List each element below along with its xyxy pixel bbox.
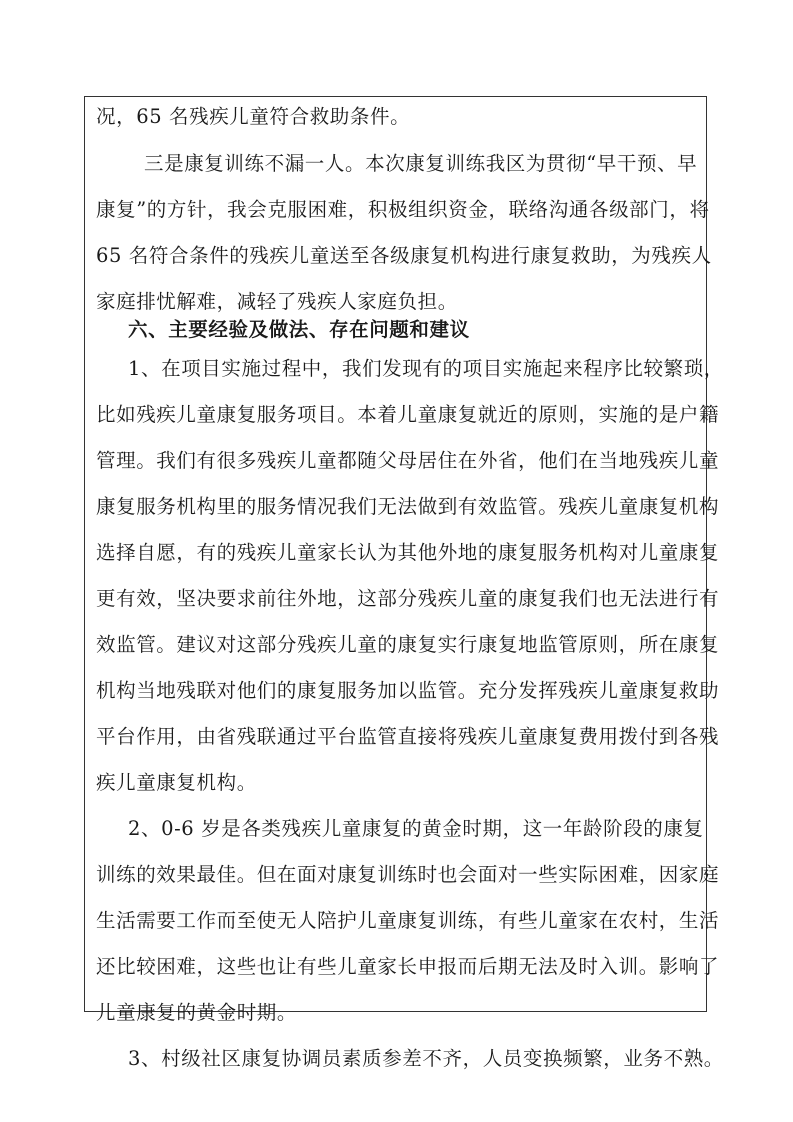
text-line: 家庭排忧解难，减轻了残疾人家庭负担。 — [96, 290, 696, 314]
text-line: 三是康复训练不漏一人。本次康复训练我区为贯彻“早干预、早 — [144, 152, 744, 176]
text-line: 效监管。建议对这部分残疾儿童的康复实行康复地监管原则，所在康复 — [96, 633, 696, 657]
text-line: 3、村级社区康复协调员素质参差不齐，人员变换频繁，业务不熟。 — [128, 1047, 728, 1071]
text-line: 管理。我们有很多残疾儿童都随父母居住在外省，他们在当地残疾儿童 — [96, 449, 696, 473]
text-line: 更有效，坚决要求前往外地，这部分残疾儿童的康复我们也无法进行有 — [96, 587, 696, 611]
text-line: 平台作用，由省残联通过平台监管直接将残疾儿童康复费用拨付到各残 — [96, 725, 696, 749]
text-line: 1、在项目实施过程中，我们发现有的项目实施起来程序比较繁琐， — [128, 357, 728, 381]
text-line: 康复服务机构里的服务情况我们无法做到有效监管。残疾儿童康复机构 — [96, 495, 696, 519]
text-line: 65 名符合条件的残疾儿童送至各级康复机构进行康复救助，为残疾人 — [96, 244, 696, 268]
text-line: 机构当地残联对他们的康复服务加以监管。充分发挥残疾儿童康复救助 — [96, 679, 696, 703]
text-line: 2、0-6 岁是各类残疾儿童康复的黄金时期，这一年龄阶段的康复 — [128, 817, 728, 841]
section-heading: 六、主要经验及做法、存在问题和建议 — [128, 318, 728, 342]
text-line: 还比较困难，这些也让有些儿童家长申报而后期无法及时入训。影响了 — [96, 955, 696, 979]
text-line: 康复”的方针，我会克服困难，积极组织资金，联络沟通各级部门，将 — [96, 198, 696, 222]
text-line: 选择自愿，有的残疾儿童家长认为其他外地的康复服务机构对儿童康复 — [96, 541, 696, 565]
text-line: 生活需要工作而至使无人陪护儿童康复训练，有些儿童家在农村，生活 — [96, 909, 696, 933]
text-line: 训练的效果最佳。但在面对康复训练时也会面对一些实际困难，因家庭 — [96, 863, 696, 887]
text-line: 儿童康复的黄金时期。 — [96, 1001, 696, 1025]
text-line: 况，65 名残疾儿童符合救助条件。 — [96, 105, 696, 129]
text-line: 比如残疾儿童康复服务项目。本着儿童康复就近的原则，实施的是户籍 — [96, 403, 696, 427]
document-table-cell: 况，65 名残疾儿童符合救助条件。 三是康复训练不漏一人。本次康复训练我区为贯彻… — [84, 96, 707, 1012]
text-line: 疾儿童康复机构。 — [96, 771, 696, 795]
